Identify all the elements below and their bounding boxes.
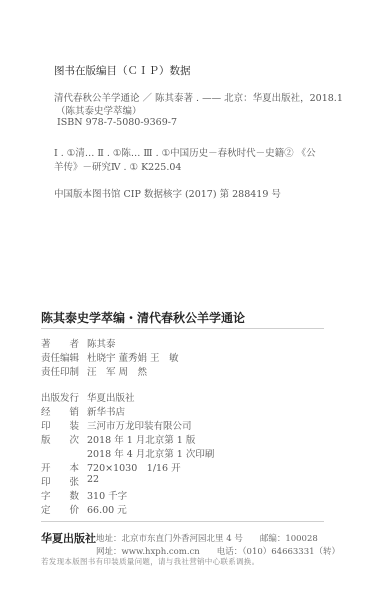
- pub-row-price: 定 价 66.00 元: [41, 502, 127, 516]
- cip-line-classification-1: Ⅰ . ①清… Ⅱ . ①陈… Ⅲ . ①中国历史－春秋时代－史籍② 《公: [54, 145, 316, 159]
- credit-value: 汪 军 周 然: [87, 364, 147, 378]
- credit-row-printing: 责任印制 汪 军 周 然: [41, 364, 147, 378]
- pub-row-publisher: 出版发行 华夏出版社: [41, 390, 135, 404]
- cip-line-isbn: ISBN 978-7-5080-9369-7: [57, 117, 177, 128]
- cip-line-classification-2: 羊传》－研究Ⅳ . ① K225.04: [54, 159, 181, 173]
- pub-value: 华夏出版社: [87, 390, 135, 404]
- pub-label: 开 本: [41, 460, 87, 474]
- pub-label: 印 装: [41, 418, 87, 432]
- pub-label: 字 数: [41, 488, 87, 502]
- pub-value: 三河市万龙印装有限公司: [87, 418, 192, 432]
- pub-value: 2018 年 4 月北京第 1 次印刷: [87, 446, 214, 460]
- credit-value: 杜晓宇 董秀娟 王 敏: [87, 350, 179, 364]
- pub-label: 经 销: [41, 404, 87, 418]
- pub-value: 720×1030 1/16 开: [87, 460, 181, 474]
- quality-note: 若发现本版图书有印装质量问题，请与我社营销中心联系调换。: [41, 556, 259, 567]
- divider-top: [41, 328, 324, 329]
- pub-value: 22: [87, 474, 99, 488]
- credit-label: 责任印制: [41, 364, 87, 378]
- pub-row-printer: 印 装 三河市万龙印装有限公司: [41, 418, 192, 432]
- cip-line-verification: 中国版本图书馆 CIP 数据核字 (2017) 第 288419 号: [54, 186, 281, 200]
- credit-row-editors: 责任编辑 杜晓宇 董秀娟 王 敏: [41, 350, 179, 364]
- cip-line-title: 清代春秋公羊学通论 ／ 陈其泰著 . —— 北京：华夏出版社，2018.1: [54, 90, 343, 104]
- pub-row-edition: 版 次 2018 年 1 月北京第 1 版: [41, 432, 195, 446]
- pub-row-printing: 2018 年 4 月北京第 1 次印刷: [41, 446, 214, 460]
- pub-value: 310 千字: [87, 488, 127, 502]
- credit-label: 著 者: [41, 336, 87, 350]
- cip-title: 图书在版编目（ＣＩＰ）数据: [54, 63, 191, 78]
- pub-label: [41, 446, 87, 460]
- credit-value: 陈其泰: [87, 336, 116, 350]
- publisher-name: 华夏出版社: [41, 530, 96, 546]
- publisher-address: 地址：北京市东直门外香河园北里 4 号 邮编：100028: [96, 532, 318, 544]
- pub-value: 66.00 元: [87, 502, 127, 516]
- pub-value: 新华书店: [87, 404, 125, 418]
- credit-label: 责任编辑: [41, 350, 87, 364]
- pub-label: 版 次: [41, 432, 87, 446]
- pub-label: 印 张: [41, 474, 87, 488]
- credit-row-author: 著 者 陈其泰: [41, 336, 116, 350]
- pub-row-distributor: 经 销 新华书店: [41, 404, 125, 418]
- pub-row-wordcount: 字 数 310 千字: [41, 488, 127, 502]
- pub-label: 出版发行: [41, 390, 87, 404]
- pub-value: 2018 年 1 月北京第 1 版: [87, 432, 195, 446]
- pub-label: 定 价: [41, 502, 87, 516]
- series-title: 陈其泰史学萃编・清代春秋公羊学通论: [41, 309, 245, 326]
- pub-row-sheets: 印 张 22: [41, 474, 99, 488]
- cip-line-series: （陈其泰史学萃编）: [56, 103, 142, 117]
- pub-row-format: 开 本 720×1030 1/16 开: [41, 460, 181, 474]
- divider-bottom: [41, 521, 324, 522]
